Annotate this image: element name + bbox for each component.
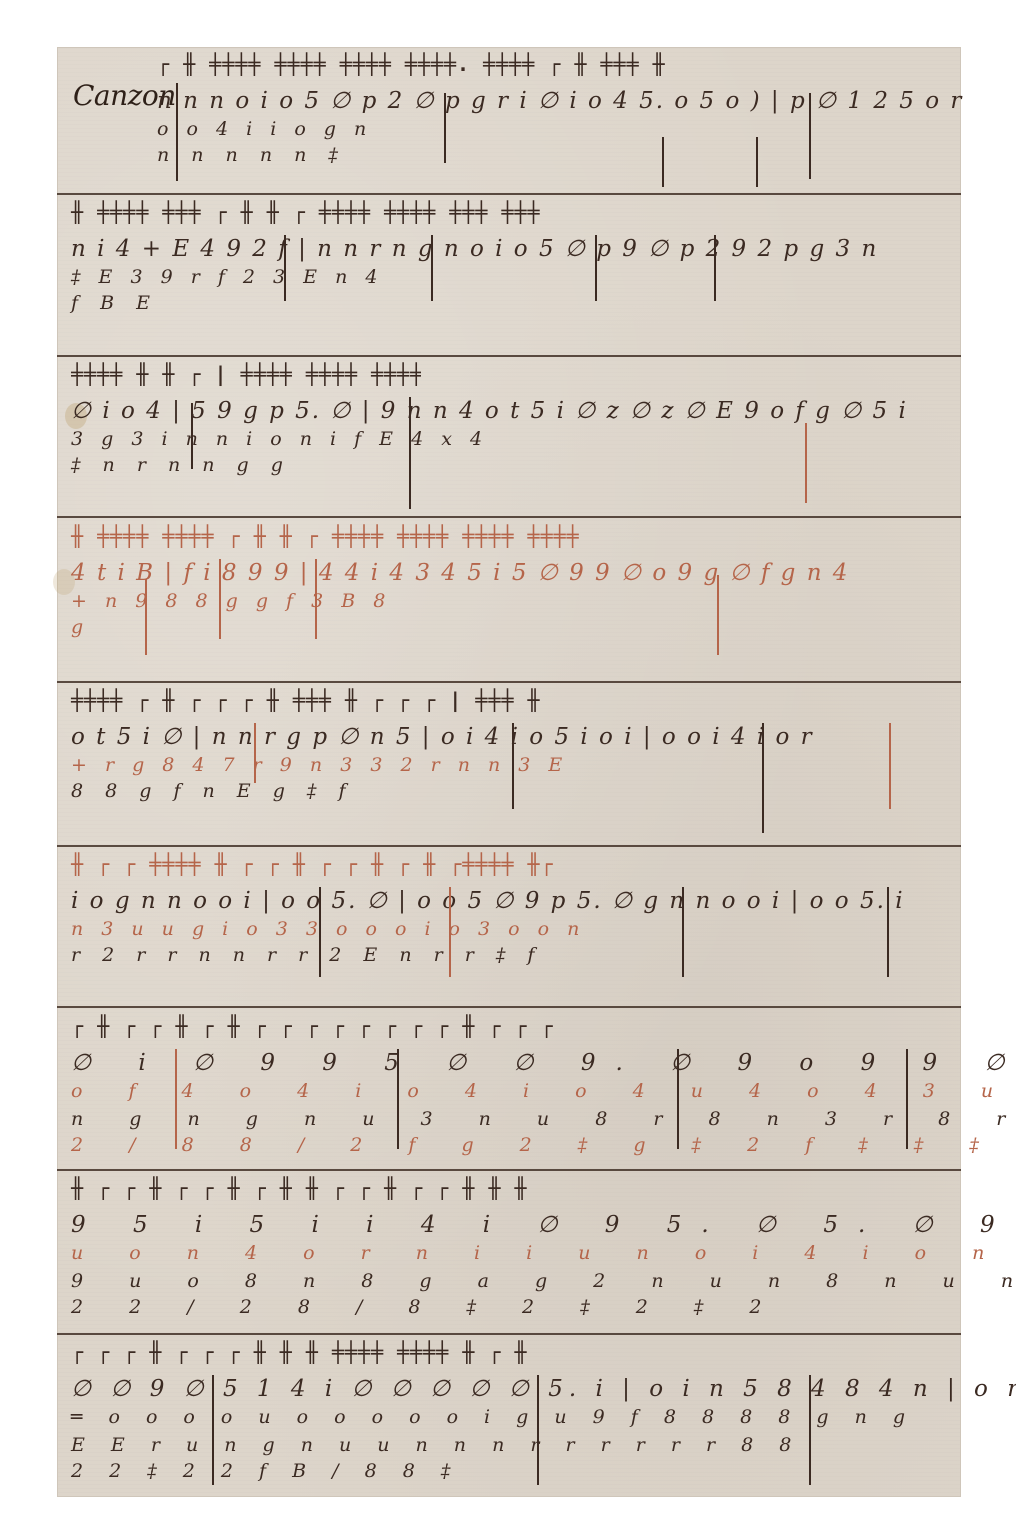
tablature-system-7: ┌ ╫ ┌ ┌ ╫ ┌ ╫ ┌ ┌ ┌ ┌ ┌ ┌ ┌ ┌ ╫ ┌ ┌ ┌ ∅ … — [57, 1009, 961, 1169]
tab-line-2: u o n 4 o r n i i u n o i 4 i o n 4 o ═ … — [71, 1241, 953, 1265]
tab-line-2: + n 9 8 8 g g f 3 B 8 — [71, 589, 953, 613]
tab-line-3: 9 u o 8 n 8 g a g 2 n u n 8 n u n 8 E E — [71, 1269, 953, 1293]
tablature-system-2: ╫ ╪╪╪╪ ╪╪╪ ┌ ╫ ╫ ┌ ╪╪╪╪ ╪╪╪╪ ╪╪╪ ╪╪╪ n i… — [57, 195, 961, 355]
barline — [176, 83, 178, 181]
tablature-system-6: ╫ ┌ ┌ ╪╪╪╪ ╫ ┌ ┌ ╫ ┌ ┌ ╫ ┌ ╫ ┌╪╪╪╪ ╫┌ i … — [57, 847, 961, 1007]
tab-line-1: ∅ ∅ 9 ∅ 5 1 4 i ∅ ∅ ∅ ∅ ∅ 5. i | o i n 5… — [71, 1375, 953, 1403]
tablature-system-3: ╪╪╪╪ ╫ ╫ ┌ | ╪╪╪╪ ╪╪╪╪ ╪╪╪╪ ┌ ╫ ╪╪╪ ╫ ∅ … — [57, 357, 961, 517]
barline — [906, 1049, 908, 1149]
tab-line-1: ∅ i ∅ 9 9 5 ∅ ∅ 9. ∅ 9 o 9 9 ∅ 4 o i o ∅… — [71, 1049, 953, 1077]
tablature-system-9: ┌ ┌ ┌ ╫ ┌ ┌ ┌ ╫ ╫ ╫ ╪╪╪╪ ╪╪╪╪ ╫ ┌ ╫ ∅ ∅ … — [57, 1335, 961, 1497]
tab-line-2: o f 4 o 4 i o 4 i o 4 u 4 o 4 3 u n u 4 … — [71, 1079, 953, 1103]
barline — [145, 579, 147, 655]
barline — [762, 723, 764, 833]
barline — [889, 723, 891, 809]
barline — [756, 137, 758, 187]
rhythm-flags: ╪╪╪╪ ┌ ╫ ┌ ┌ ┌ ╫ ╪╪╪ ╫ ┌ ┌ ┌ | ╪╪╪ ╫ — [71, 687, 951, 713]
rhythm-flags: ┌ ╫ ╪╪╪╪ ╪╪╪╪ ╪╪╪╪ ╪╪╪╪. ╪╪╪╪ ┌ ╫ ╪╪╪ ╫ — [157, 51, 951, 77]
barline — [254, 723, 256, 783]
tab-line-3: E E r u n g n u u n n n r r r r r r 8 8 — [71, 1433, 953, 1457]
tab-line-3: r 2 r r n n r r 2 E n r r ‡ f — [71, 943, 953, 967]
tab-line-2: 3 g 3 i n n i o n i f E 4 x 4 — [71, 427, 953, 451]
barline — [677, 1049, 679, 1149]
tab-line-4: 2 2 / 2 8 / 8 ‡ 2 ‡ 2 ‡ 2 — [71, 1295, 953, 1319]
barline — [887, 887, 889, 977]
tab-line-2: ═ o o o o u o o o o o i g u 9 f 8 8 8 8 … — [71, 1405, 953, 1429]
rhythm-flags: ┌ ╫ ┌ ┌ ╫ ┌ ╫ ┌ ┌ ┌ ┌ ┌ ┌ ┌ ┌ ╫ ┌ ┌ ┌ — [71, 1013, 951, 1039]
tab-line-2: ‡ E 3 9 r f 2 3 E n 4 — [71, 265, 953, 289]
tab-line-3: f B E — [71, 291, 953, 315]
rhythm-flags: ╪╪╪╪ ╫ ╫ ┌ | ╪╪╪╪ ╪╪╪╪ ╪╪╪╪ ┌ ╫ ╪╪╪ ╫ — [71, 361, 951, 387]
rhythm-flags: ╫ ┌ ┌ ╫ ┌ ┌ ╫ ┌ ╫ ╫ ┌ ┌ ╫ ┌ ┌ ╫ ╫ ╫ — [71, 1175, 951, 1201]
tab-line-3: g — [71, 615, 953, 639]
barline — [537, 1375, 539, 1485]
barline — [717, 575, 719, 655]
barline — [219, 559, 221, 639]
tab-line-2: o o 4 i i o g n — [157, 117, 953, 141]
barline — [431, 235, 433, 301]
barline — [315, 559, 317, 639]
barline — [682, 887, 684, 977]
barline — [714, 235, 716, 301]
barline — [595, 235, 597, 301]
rhythm-flags-mixed: ╫ ┌ ┌ ╪╪╪╪ ╫ ┌ ┌ ╫ ┌ ┌ ╫ ┌ ╫ ┌╪╪╪╪ ╫┌ — [71, 851, 554, 877]
barline — [809, 93, 811, 179]
barline — [191, 403, 193, 469]
tab-line-1: i o g n n o o i | o o 5. ∅ | o o 5 ∅ 9 p… — [71, 887, 953, 915]
barline — [409, 397, 411, 509]
barline — [512, 723, 514, 809]
tab-line-4: 2 / 8 8 / 2 f g 2 ‡ g ‡ 2 f ‡ ‡ ‡ u 2 — [71, 1133, 953, 1157]
tab-line-3: ‡ n r n n g g — [71, 453, 953, 477]
tab-line-1-brown: ∅ i o 4 | 5 9 g p 5. ∅ | 9 n n 4 o t 5 i… — [71, 397, 908, 425]
tab-line-1: n n n o i o 5 ∅ p 2 ∅ p g r i ∅ i o 4 5.… — [157, 87, 953, 115]
tablature-system-5: ╪╪╪╪ ┌ ╫ ┌ ┌ ┌ ╫ ╪╪╪ ╫ ┌ ┌ ┌ | ╪╪╪ ╫ o t… — [57, 683, 961, 845]
barline — [319, 887, 321, 977]
barline — [397, 1049, 399, 1149]
tab-line-1: ∅ i o 4 | 5 9 g p 5. ∅ | 9 n n 4 o t 5 i… — [71, 397, 953, 425]
barline — [662, 137, 664, 187]
tab-line-4: 2 2 ‡ 2 2 f B / 8 8 ‡ — [71, 1459, 953, 1483]
tab-line-3: n g n g n u 3 n u 8 r 8 n 3 r 8 r 3 u — [71, 1107, 953, 1131]
manuscript-page: Canzon ┌ ╫ ╪╪╪╪ ╪╪╪╪ ╪╪╪╪ ╪╪╪╪. ╪╪╪╪ ┌ ╫… — [57, 47, 961, 1497]
tab-line-2: n 3 u u g i o 3 3 o o o i o 3 o o n — [71, 917, 953, 941]
rhythm-flags: ╫ ╪╪╪╪ ╪╪╪╪ ┌ ╫ ╫ ┌ ╪╪╪╪ ╪╪╪╪ ╪╪╪╪ ╪╪╪╪ — [71, 523, 951, 549]
rhythm-flags-brown: ╪╪╪╪ ╫ ╫ ┌ | ╪╪╪╪ ╪╪╪╪ ╪╪╪╪ ┌ ╫ ╪╪╪ ╫ — [71, 361, 421, 387]
tablature-system-8: ╫ ┌ ┌ ╫ ┌ ┌ ╫ ┌ ╫ ╫ ┌ ┌ ╫ ┌ ┌ ╫ ╫ ╫ 9 5 … — [57, 1171, 961, 1333]
rhythm-flags: ╫ ╪╪╪╪ ╪╪╪ ┌ ╫ ╫ ┌ ╪╪╪╪ ╪╪╪╪ ╪╪╪ ╪╪╪ — [71, 199, 951, 225]
tablature-system-4: ╫ ╪╪╪╪ ╪╪╪╪ ┌ ╫ ╫ ┌ ╪╪╪╪ ╪╪╪╪ ╪╪╪╪ ╪╪╪╪ … — [57, 519, 961, 681]
rhythm-flags: ┌ ┌ ┌ ╫ ┌ ┌ ┌ ╫ ╫ ╫ ╪╪╪╪ ╪╪╪╪ ╫ ┌ ╫ — [71, 1339, 951, 1365]
tab-line-1: n i 4 + E 4 9 2 f | n n r n g n o i o 5 … — [71, 235, 953, 263]
tab-line-3: n n n n n ‡ — [157, 143, 953, 167]
rhythm-flags: ╫ ┌ ┌ ╪╪╪╪ ╫ ┌ ┌ ╫ ┌ ┌ ╫ ┌ ╫ ┌╪╪╪╪ ╫┌ — [71, 851, 951, 877]
tab-line-1: 9 5 i 5 i i 4 i ∅ 9 5. ∅ 5. ∅ 9. ∅ 5. ∅ … — [71, 1211, 953, 1239]
tab-line-1: 4 t i B | f i 8 9 9 | 4 4 i 4 3 4 5 i 5 … — [71, 559, 953, 587]
barline — [805, 423, 807, 503]
barline — [444, 93, 446, 163]
rhythm-flags-mixed: ┌ ╫ ┌ ┌ ╫ ┌ ╫ ┌ ┌ ┌ ┌ ┌ ┌ ┌ ┌ ╫ ┌ ┌ ┌ — [71, 1013, 554, 1039]
barline — [809, 1375, 811, 1485]
barline — [175, 1049, 177, 1149]
barline — [212, 1375, 214, 1485]
barline — [284, 235, 286, 301]
tablature-system-1: Canzon ┌ ╫ ╪╪╪╪ ╪╪╪╪ ╪╪╪╪ ╪╪╪╪. ╪╪╪╪ ┌ ╫… — [57, 47, 961, 193]
barline — [449, 887, 451, 977]
